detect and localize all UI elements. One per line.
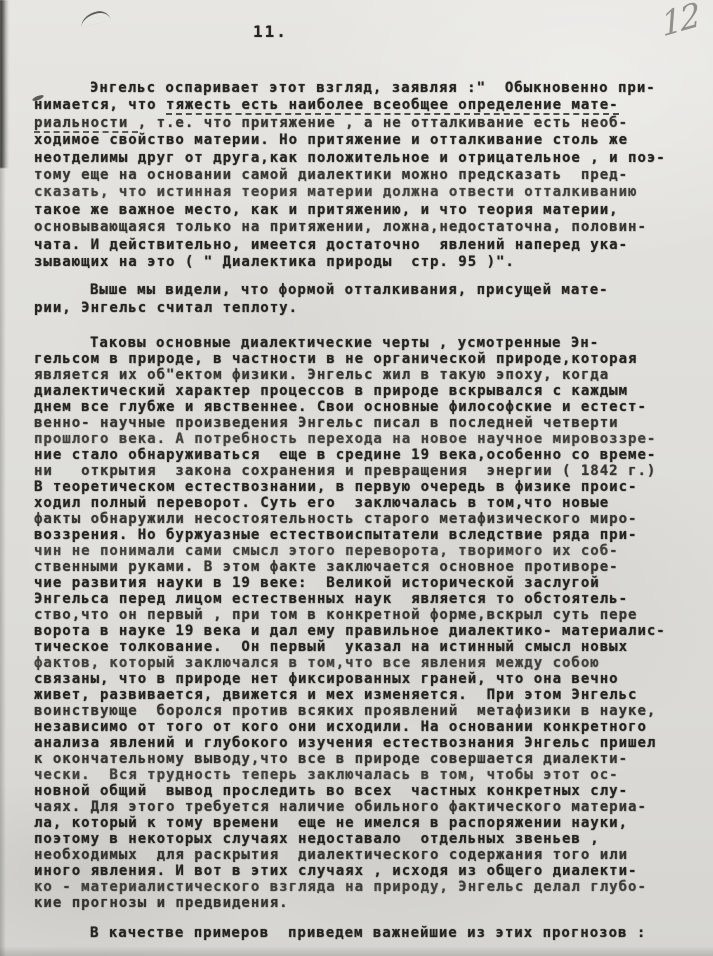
paragraph: Энгельс оспаривает этот взгляд, заявляя …	[34, 80, 700, 271]
text-segment: воззрения. Но буржуазные естествоиспытат…	[34, 527, 637, 543]
text-segment: кие прогнозы и предвидения.	[34, 895, 289, 911]
text-segment: независимо от того от кого они исходили.…	[34, 719, 647, 735]
typewritten-line: чаях. Для этого требуется наличие обильн…	[34, 799, 700, 815]
text-segment: чаях. Для этого требуется наличие обильн…	[34, 799, 647, 815]
typewritten-line: ворота в науке 19 века и дал ему правиль…	[34, 623, 700, 639]
handwritten-page-number: 12	[660, 0, 701, 44]
scan-edge-dark-strip	[0, 0, 9, 168]
text-segment: В теоретическом естествознании, в первую…	[34, 479, 637, 495]
text-segment: диалектический характер процессов в прир…	[34, 383, 628, 399]
text-segment: к окончательному выводу,что все в природ…	[34, 751, 628, 767]
text-segment: В качестве примеров приведем важнейшие и…	[90, 925, 646, 941]
typewritten-line: ла, который к тому времени еще не имелся…	[34, 815, 700, 831]
text-segment: анализа явлений и глубокого изучения ест…	[34, 735, 656, 751]
typewritten-line: тическое толкование. Он первый указал на…	[34, 639, 700, 655]
text-segment: связаны, что в природе нет фиксированных…	[34, 671, 619, 687]
typewritten-line: чие развития науки в 19 веке: Великой ис…	[34, 575, 700, 591]
text-segment: чески. Вся трудность теперь заключалась …	[34, 767, 619, 783]
typewritten-line: Энгельса перед лицом естественных наук я…	[34, 591, 700, 607]
text-segment: новной общий вывод проследить во всех ча…	[34, 783, 628, 799]
text-segment: ние стало обнаруживаться еще в средине 1…	[34, 447, 656, 463]
typewritten-line: прошлого века. А потребность перехода на…	[34, 431, 700, 447]
text-segment: , т.е. что притяжение , а не отталкивани…	[138, 115, 628, 131]
typewritten-line: ство,что он первый , при том в конкретно…	[34, 607, 700, 623]
scanned-document-page: 11. 12 Энгельс оспаривает этот взгляд, з…	[0, 0, 713, 956]
text-segment: гельсом в природе, в частности в не орга…	[34, 351, 637, 367]
text-segment: ко - материалистического взгляда на прир…	[34, 879, 647, 895]
typewritten-line: анализа явлений и глубокого изучения ест…	[34, 735, 700, 751]
typewritten-line: воинствующе боролся против всяких проявл…	[34, 703, 700, 719]
typewritten-line: гельсом в природе, в частности в не орга…	[34, 351, 700, 367]
typewritten-line: ние стало обнаруживаться еще в средине 1…	[34, 447, 700, 463]
text-segment: рии, Энгельс считал теплоту.	[34, 300, 298, 316]
typewritten-line: риальности , т.е. что притяжение , а не …	[34, 115, 700, 132]
typewritten-line: неотделимы друг от друга,как положительн…	[34, 150, 700, 167]
text-segment: Таковы основные диалектические черты , у…	[90, 335, 599, 351]
text-segment: Энгельс оспаривает этот взгляд, заявляя …	[90, 80, 656, 96]
typewritten-line: воззрения. Но буржуазные естествоиспытат…	[34, 527, 700, 543]
text-segment: тому еще на основании самой диалектики м…	[34, 167, 628, 183]
typewritten-line: чата. И действительно, имеется достаточн…	[34, 237, 700, 254]
text-segment: фактов, который заключался в том,что все…	[34, 655, 600, 671]
text-segment: сказать, что истинная теория материи дол…	[34, 184, 637, 200]
typewritten-text: Энгельс оспаривает этот взгляд, заявляя …	[34, 80, 700, 943]
typewritten-line: ходил полный переворот. Суть его заключа…	[34, 495, 700, 511]
text-segment: иного явления. И вот в этих случаях , ис…	[34, 863, 637, 879]
typewritten-line: живет, развивается, движется и мех измен…	[34, 687, 700, 703]
text-segment: ни открытия закона сохранения и превраще…	[34, 463, 656, 479]
typewritten-line: связаны, что в природе нет фиксированных…	[34, 671, 700, 687]
paragraph: В качестве примеров приведем важнейшие и…	[34, 925, 700, 942]
typewritten-line: днем все глубже и явственнее. Свои основ…	[34, 399, 700, 415]
text-segment: зывающих на это ( " Диалектика природы с…	[34, 254, 515, 270]
typewritten-line: факты обнаружили несостоятельность старо…	[34, 511, 700, 527]
typewritten-line: фактов, который заключался в том,что все…	[34, 655, 700, 671]
typewritten-line: ни открытия закона сохранения и превраще…	[34, 463, 700, 479]
text-segment: Энгельса перед лицом естественных наук я…	[34, 591, 628, 607]
typewritten-line: рии, Энгельс считал теплоту.	[34, 300, 700, 317]
typewritten-line: является их об"ектом физики. Энгельс жил…	[34, 367, 700, 383]
text-segment: чин не понимали сами смысл этого перевор…	[34, 543, 619, 559]
typewritten-line: Таковы основные диалектические черты , у…	[34, 335, 700, 351]
text-segment: венно- научные произведения Энгельс писа…	[34, 415, 619, 431]
text-segment: тическое толкование. Он первый указал на…	[34, 639, 628, 655]
text-segment: такое же важное место, как и притяжению,…	[34, 202, 619, 218]
typewritten-line: к окончательному выводу,что все в природ…	[34, 751, 700, 767]
text-segment: необходимых для раскрытия диалектическог…	[34, 847, 628, 863]
typewritten-line: В теоретическом естествознании, в первую…	[34, 479, 700, 495]
typewritten-line: чин не понимали сами смысл этого перевор…	[34, 543, 700, 559]
typewritten-line: Энгельс оспаривает этот взгляд, заявляя …	[34, 80, 700, 97]
text-segment: днем все глубже и явственнее. Свои основ…	[34, 399, 647, 415]
text-segment: поэтому в некоторых случаях недоставало …	[34, 831, 600, 847]
text-segment: чата. И действительно, имеется достаточн…	[34, 237, 628, 253]
scan-edge-bottom-shadow	[0, 946, 713, 956]
typewritten-line: В качестве примеров приведем важнейшие и…	[34, 925, 700, 942]
text-segment: ворота в науке 19 века и дал ему правиль…	[34, 623, 666, 639]
text-segment: чие развития науки в 19 веке: Великой ис…	[34, 575, 600, 591]
typewritten-line: Выше мы видели, что формой отталкивания,…	[34, 282, 700, 299]
underlined-text: тяжесть есть наиболее всеобщее определен…	[166, 97, 619, 115]
text-segment: факты обнаружили несостоятельность старо…	[34, 511, 637, 527]
typewritten-line: ственными руками. В этом факте заключает…	[34, 559, 700, 575]
text-segment: Выше мы видели, что формой отталкивания,…	[90, 282, 609, 298]
typewritten-line: сказать, что истинная теория материи дол…	[34, 184, 700, 201]
typewritten-line: поэтому в некоторых случаях недоставало …	[34, 831, 700, 847]
text-segment: является их об"ектом физики. Энгельс жил…	[34, 367, 609, 383]
text-segment: ходил полный переворот. Суть его заключа…	[34, 495, 609, 511]
text-segment: ство,что он первый , при том в конкретно…	[34, 607, 637, 623]
typewritten-line: основывающаяся только на притяжении, лож…	[34, 219, 700, 236]
paragraph: Таковы основные диалектические черты , у…	[34, 335, 700, 911]
text-segment: нимается, что	[34, 97, 166, 113]
typewritten-line: новной общий вывод проследить во всех ча…	[34, 783, 700, 799]
typewritten-line: независимо от того от кого они исходили.…	[34, 719, 700, 735]
text-segment: ходимое свойство материи. Но притяжение …	[34, 132, 628, 148]
text-segment: основывающаяся только на притяжении, лож…	[34, 219, 647, 235]
typewritten-line: венно- научные произведения Энгельс писа…	[34, 415, 700, 431]
text-segment: ственными руками. В этом факте заключает…	[34, 559, 619, 575]
typewritten-line: кие прогнозы и предвидения.	[34, 895, 700, 911]
typewritten-line: ко - материалистического взгляда на прир…	[34, 879, 700, 895]
typewritten-line: такое же важное место, как и притяжению,…	[34, 202, 700, 219]
text-segment: воинствующе боролся против всяких проявл…	[34, 703, 656, 719]
typewritten-line: диалектический характер процессов в прир…	[34, 383, 700, 399]
text-segment: живет, развивается, движется и мех измен…	[34, 687, 637, 703]
text-segment: ла, который к тому времени еще не имелся…	[34, 815, 628, 831]
typewritten-line: необходимых для раскрытия диалектическог…	[34, 847, 700, 863]
typewritten-line: чески. Вся трудность теперь заключалась …	[34, 767, 700, 783]
typewritten-line: зывающих на это ( " Диалектика природы с…	[34, 254, 700, 271]
typewritten-line: нимается, что тяжесть есть наиболее всео…	[34, 97, 700, 114]
underlined-text: риальности	[34, 115, 138, 133]
text-segment: прошлого века. А потребность перехода на…	[34, 431, 656, 447]
ink-smudge-mark	[79, 9, 111, 28]
paragraph: Выше мы видели, что формой отталкивания,…	[34, 282, 700, 317]
typewritten-line: ходимое свойство материи. Но притяжение …	[34, 132, 700, 149]
typewritten-line: иного явления. И вот в этих случаях , ис…	[34, 863, 700, 879]
typewritten-line: тому еще на основании самой диалектики м…	[34, 167, 700, 184]
text-segment: неотделимы друг от друга,как положительн…	[34, 150, 666, 166]
page-number: 11.	[253, 22, 288, 41]
